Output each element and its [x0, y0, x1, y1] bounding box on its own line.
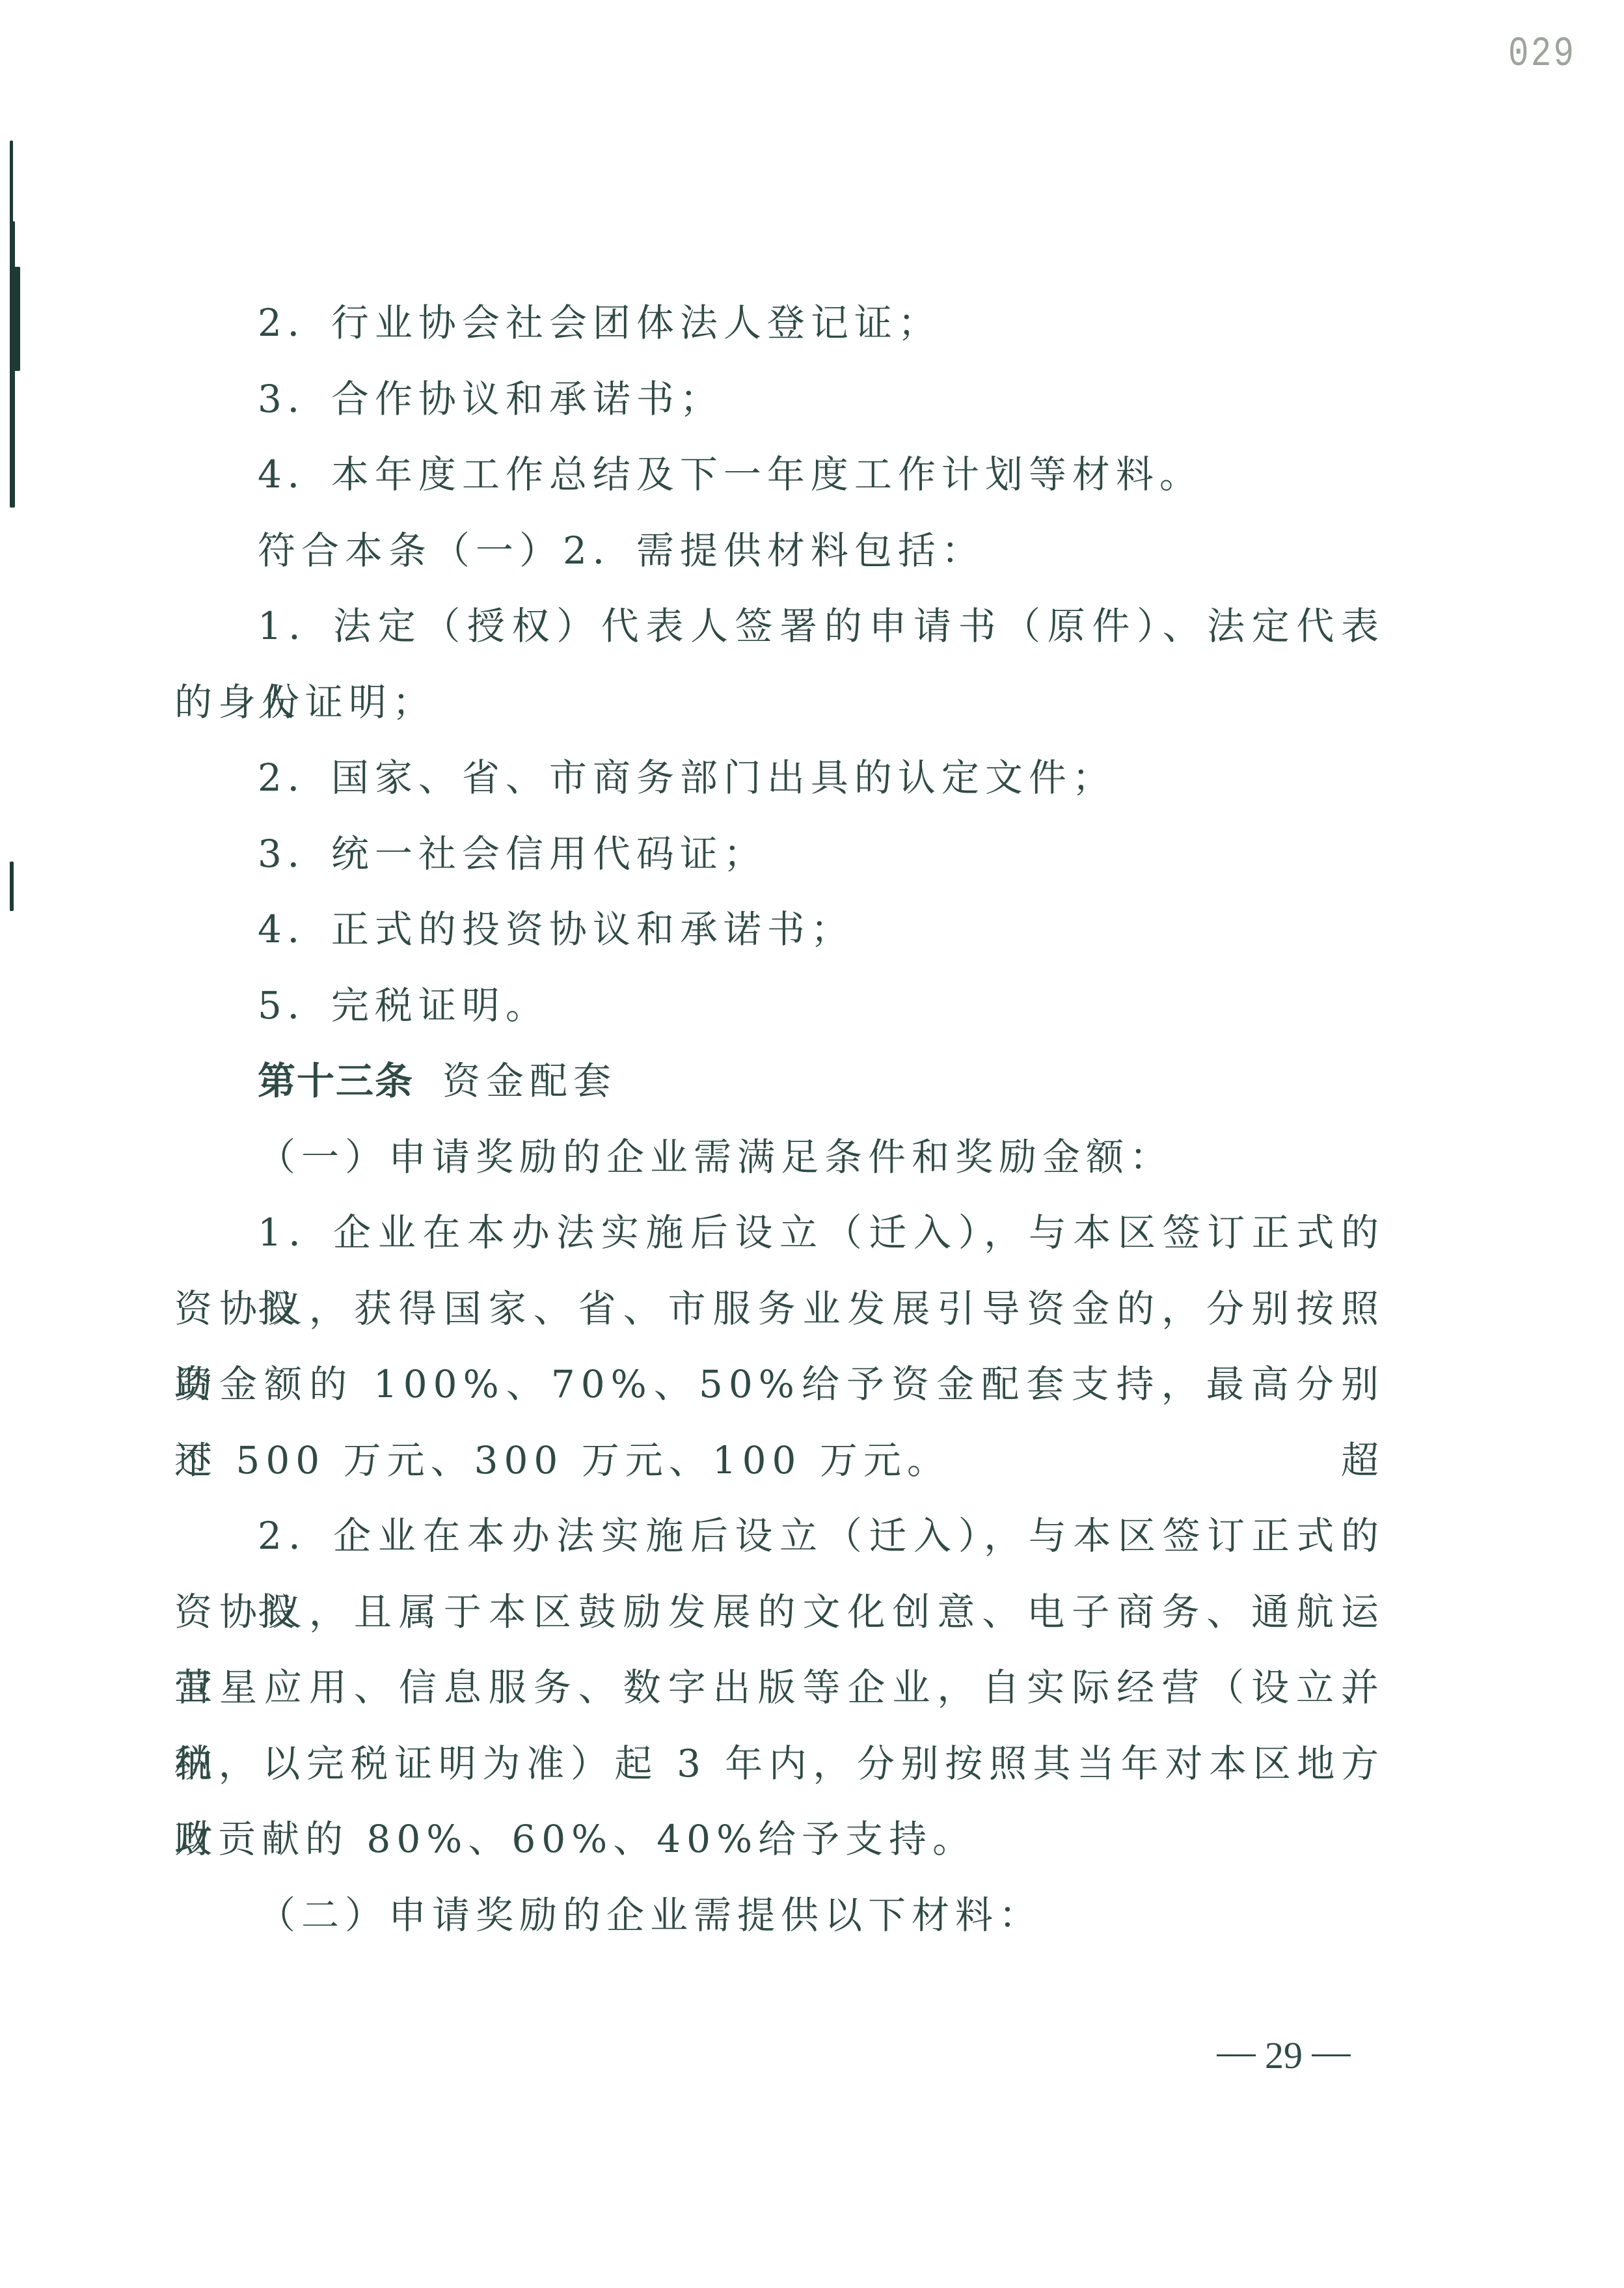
paragraph-line: 资协议，且属于本区鼓励发展的文化创意、电子商务、通航运营、 [174, 1574, 1385, 1650]
archive-stamp-number: 029 [1508, 31, 1576, 78]
paragraph-line: 2．企业在本办法实施后设立（迁入），与本区签订正式的投 [174, 1498, 1385, 1574]
list-item: 2．国家、省、市商务部门出具的认定文件； [174, 740, 1385, 816]
article-heading: 第十三条资金配套 [174, 1043, 1385, 1119]
dash-left [1217, 2054, 1256, 2056]
paragraph-line: 1．企业在本办法实施后设立（迁入），与本区签订正式的投 [174, 1195, 1385, 1271]
article-number: 第十三条 [258, 1059, 414, 1103]
list-item: 1．法定（授权）代表人签署的申请书（原件）、法定代表人 [174, 588, 1385, 664]
paragraph-line: 税，以完税证明为准）起 3 年内，分别按照其当年对本区地方财 [174, 1726, 1385, 1802]
binding-edge-mark [10, 862, 14, 911]
binding-edge-mark [10, 267, 20, 371]
dash-right [1312, 2054, 1351, 2056]
list-item: 3．合作协议和承诺书； [174, 361, 1385, 437]
document-body: 2．行业协会社会团体法人登记证； 3．合作协议和承诺书； 4．本年度工作总结及下… [174, 285, 1385, 1953]
paragraph-line: 助金额的 100%、70%、50%给予资金配套支持，最高分别不超 [174, 1346, 1385, 1423]
page-number-value: 29 [1265, 2034, 1303, 2077]
paragraph-line: 符合本条（一）2．需提供材料包括： [174, 513, 1385, 589]
list-item: 4．本年度工作总结及下一年度工作计划等材料。 [174, 437, 1385, 513]
paragraph-line: 政贡献的 80%、60%、40%给予支持。 [174, 1801, 1385, 1877]
list-item: 2．行业协会社会团体法人登记证； [174, 285, 1385, 361]
list-item: 3．统一社会信用代码证； [174, 816, 1385, 892]
page-number: 29 [1217, 2034, 1351, 2077]
article-title: 资金配套 [442, 1059, 617, 1103]
list-item: 4．正式的投资协议和承诺书； [174, 892, 1385, 968]
section-heading: （二）申请奖励的企业需提供以下材料： [174, 1877, 1385, 1954]
paragraph-line: 资协议，获得国家、省、市服务业发展引导资金的，分别按照资 [174, 1271, 1385, 1347]
section-heading: （一）申请奖励的企业需满足条件和奖励金额： [174, 1119, 1385, 1195]
paragraph-line: 的身份证明； [174, 664, 1385, 741]
list-item: 5．完税证明。 [174, 968, 1385, 1044]
paragraph-line: 卫星应用、信息服务、数字出版等企业，自实际经营（设立并纳 [174, 1650, 1385, 1726]
